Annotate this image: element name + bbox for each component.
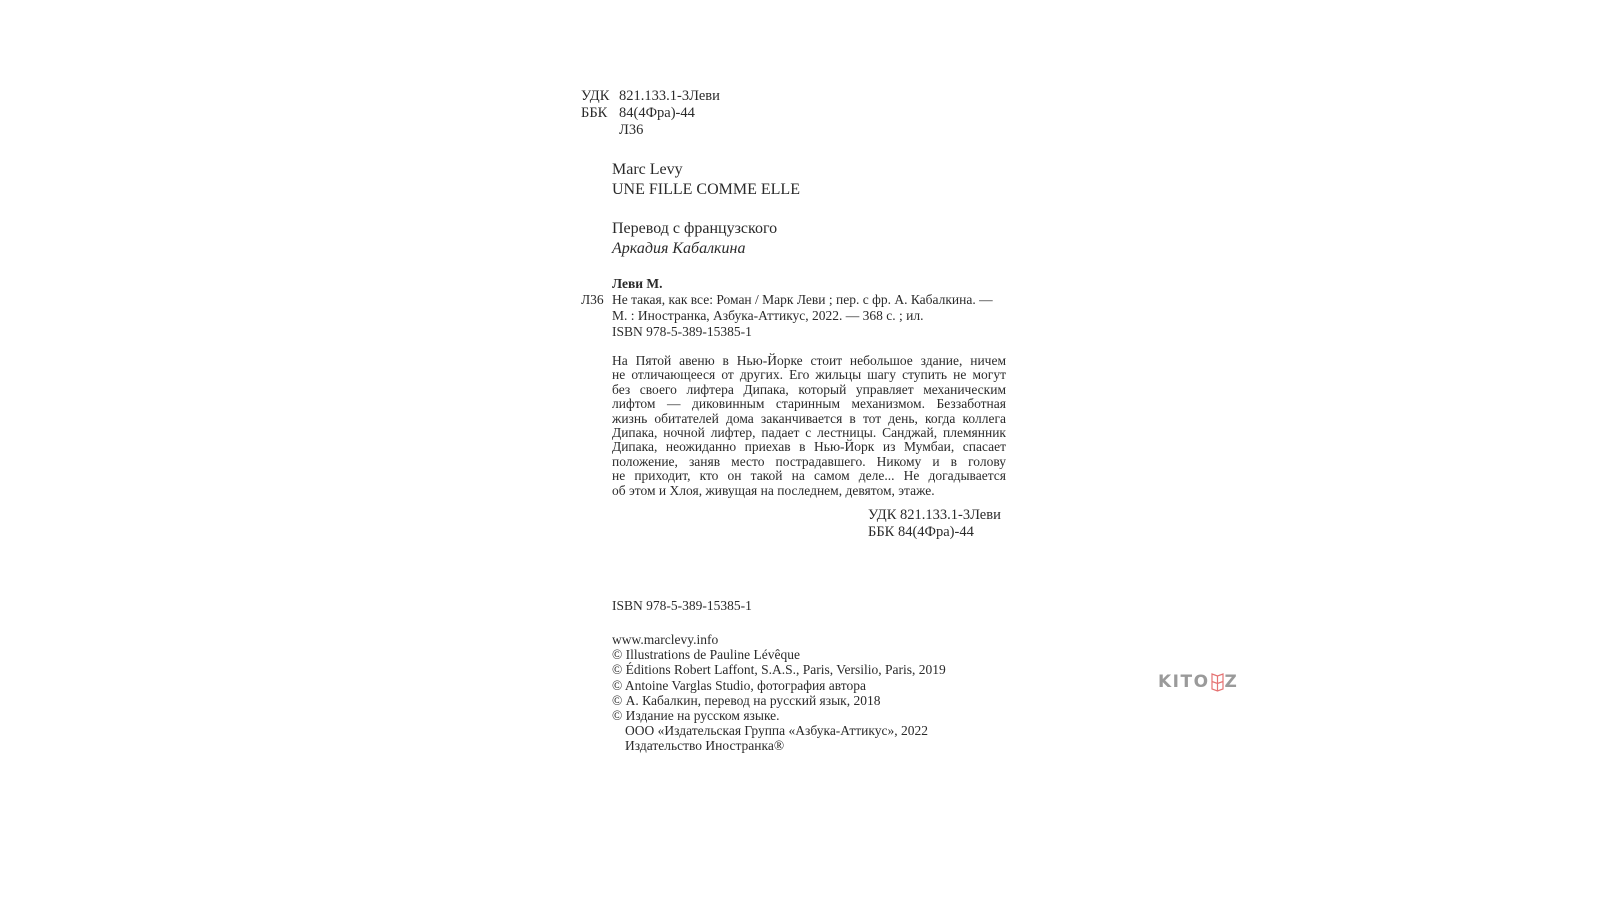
author-mark: Л36 bbox=[581, 122, 720, 139]
translator-name: Аркадия Кабалкина bbox=[612, 239, 777, 259]
catalog-isbn: ISBN 978-5-389-15385-1 bbox=[581, 324, 993, 340]
author-website: www.marclevy.info bbox=[612, 632, 946, 647]
original-edition: Marc Levy UNE FILLE COMME ELLE bbox=[612, 160, 800, 200]
copyright-line: © А. Кабалкин, перевод на русский язык, … bbox=[612, 693, 946, 708]
copyright-line: © Издание на русском языке. bbox=[612, 708, 946, 723]
annotation-line: без своего лифтера Дипака, который управ… bbox=[612, 383, 1006, 397]
publisher-line: ООО «Издательская Группа «Азбука-Аттикус… bbox=[612, 723, 946, 738]
catalog-side-mark: Л36 bbox=[581, 292, 612, 308]
annotation-line: Дипака, ночной лифтер, падает с лестницы… bbox=[612, 426, 1006, 440]
original-title: UNE FILLE COMME ELLE bbox=[612, 180, 800, 200]
copyright-block: www.marclevy.info © Illustrations de Pau… bbox=[612, 632, 946, 754]
bbk-bottom: ББК 84(4Фра)-44 bbox=[868, 524, 1001, 541]
catalog-line: Л36 Не такая, как все: Роман / Марк Леви… bbox=[581, 292, 993, 308]
book-icon bbox=[1211, 672, 1224, 692]
copyright-line: © Éditions Robert Laffont, S.A.S., Paris… bbox=[612, 662, 946, 677]
catalog-record: Леви М. Л36 Не такая, как все: Роман / М… bbox=[581, 276, 993, 340]
watermark-logo: KITO Z bbox=[1158, 672, 1238, 692]
annotation-line: На Пятой авеню в Нью-Йорке стоит небольш… bbox=[612, 354, 1006, 368]
udk-value: 821.133.1-3Леви bbox=[619, 88, 720, 105]
bbk-label: ББК bbox=[581, 105, 619, 122]
udk-bottom: УДК 821.133.1-3Леви bbox=[868, 507, 1001, 524]
isbn: ISBN 978-5-389-15385-1 bbox=[612, 598, 752, 614]
translation-info: Перевод с французского Аркадия Кабалкина bbox=[612, 219, 777, 259]
annotation-line: жизнь обитателей дома заканчивается в то… bbox=[612, 412, 1006, 426]
udk-label: УДК bbox=[581, 88, 619, 105]
bbk-value: 84(4Фра)-44 bbox=[619, 105, 695, 122]
watermark-suffix: Z bbox=[1225, 672, 1239, 692]
udk-row: УДК 821.133.1-3Леви bbox=[581, 88, 720, 105]
annotation-line: не приходит, кто он такой на самом деле.… bbox=[612, 469, 1006, 483]
annotation-line: Дипака, неожиданно приехав в Нью-Йорк из… bbox=[612, 440, 1006, 454]
annotation: На Пятой авеню в Нью-Йорке стоит небольш… bbox=[612, 354, 1006, 498]
catalog-line: М. : Иностранка, Азбука-Аттикус, 2022. —… bbox=[581, 308, 993, 324]
translation-label: Перевод с французского bbox=[612, 219, 777, 239]
classification-top: УДК 821.133.1-3Леви ББК 84(4Фра)-44 Л36 bbox=[581, 88, 720, 139]
annotation-line: об этом и Хлоя, живущая на последнем, де… bbox=[612, 484, 1006, 498]
classification-bottom: УДК 821.133.1-3Леви ББК 84(4Фра)-44 bbox=[868, 507, 1001, 541]
original-author: Marc Levy bbox=[612, 160, 800, 180]
annotation-line: положение, заняв место пострадавшего. Ни… bbox=[612, 455, 1006, 469]
catalog-line-text: Не такая, как все: Роман / Марк Леви ; п… bbox=[612, 292, 993, 308]
bbk-row: ББК 84(4Фра)-44 bbox=[581, 105, 720, 122]
book-imprint-page: УДК 821.133.1-3Леви ББК 84(4Фра)-44 Л36 … bbox=[0, 0, 1600, 900]
copyright-line: © Antoine Varglas Studio, фотография авт… bbox=[612, 678, 946, 693]
watermark-prefix: KITO bbox=[1158, 672, 1210, 692]
copyright-line: © Illustrations de Pauline Lévêque bbox=[612, 647, 946, 662]
annotation-line: не отличающееся от других. Его жильцы ша… bbox=[612, 368, 1006, 382]
publisher-line: Издательство Иностранка® bbox=[612, 738, 946, 753]
catalog-author-heading: Леви М. bbox=[581, 276, 993, 292]
annotation-line: лифтом — диковинным старинным механизмом… bbox=[612, 397, 1006, 411]
